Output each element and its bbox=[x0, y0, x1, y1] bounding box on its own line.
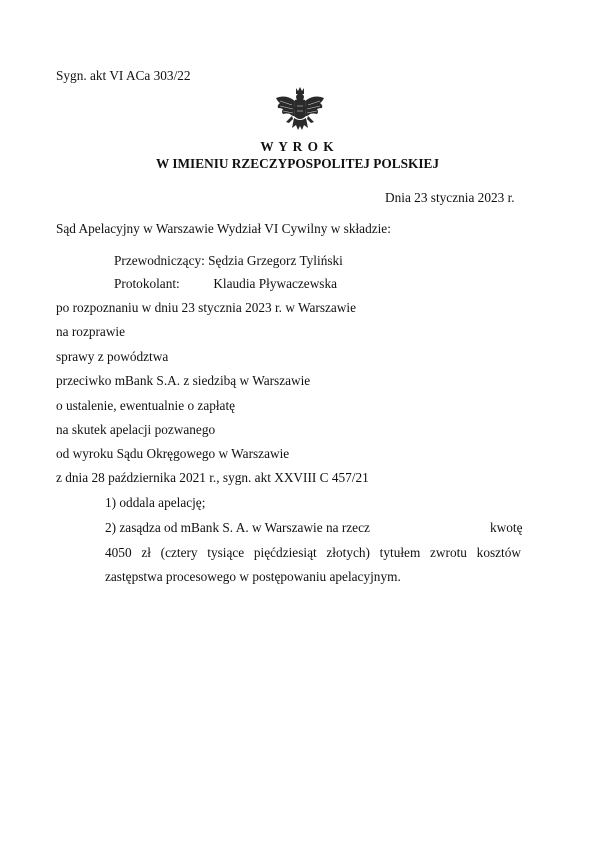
chair-row: Przewodniczący: Sędzia Grzegorz Tyliński bbox=[114, 254, 343, 267]
proceedings-line: na rozprawie bbox=[56, 325, 125, 338]
clerk-label: Protokolant: bbox=[114, 277, 210, 290]
judgment-date: Dnia 23 stycznia 2023 r. bbox=[385, 191, 515, 204]
polish-eagle-emblem-icon bbox=[272, 86, 328, 134]
judgment-title: W Y R O K bbox=[0, 140, 595, 153]
ruling-item-2-start: 2) zasądza od mBank S. A. w Warszawie na… bbox=[105, 521, 370, 534]
ruling-item-2-line-3: zastępstwa procesowego w postępowaniu ap… bbox=[105, 570, 401, 583]
judgment-subtitle: W IMIENIU RZECZYPOSPOLITEJ POLSKIEJ bbox=[0, 157, 595, 170]
proceedings-line: z dnia 28 października 2021 r., sygn. ak… bbox=[56, 471, 369, 484]
ruling-item-1: 1) oddala apelację; bbox=[105, 496, 205, 509]
proceedings-line: na skutek apelacji pozwanego bbox=[56, 423, 215, 436]
clerk-row: Protokolant: Klaudia Pływaczewska bbox=[114, 277, 337, 290]
chair-label: Przewodniczący: bbox=[114, 253, 205, 268]
proceedings-line: po rozpoznaniu w dniu 23 stycznia 2023 r… bbox=[56, 301, 356, 314]
proceedings-line: o ustalenie, ewentualnie o zapłatę bbox=[56, 399, 235, 412]
chair-value: Sędzia Grzegorz Tyliński bbox=[208, 253, 343, 268]
proceedings-line: od wyroku Sądu Okręgowego w Warszawie bbox=[56, 447, 289, 460]
court-composition-heading: Sąd Apelacyjny w Warszawie Wydział VI Cy… bbox=[56, 222, 391, 235]
ruling-item-2-amount-word: kwotę bbox=[490, 521, 523, 534]
proceedings-line: przeciwko mBank S.A. z siedzibą w Warsza… bbox=[56, 374, 310, 387]
proceedings-line: sprawy z powództwa bbox=[56, 350, 168, 363]
case-signature: Sygn. akt VI ACa 303/22 bbox=[56, 69, 191, 82]
clerk-value: Klaudia Pływaczewska bbox=[213, 276, 337, 291]
ruling-item-2-line-2: 4050 zł (cztery tysiące pięćdziesiąt zło… bbox=[105, 546, 521, 559]
